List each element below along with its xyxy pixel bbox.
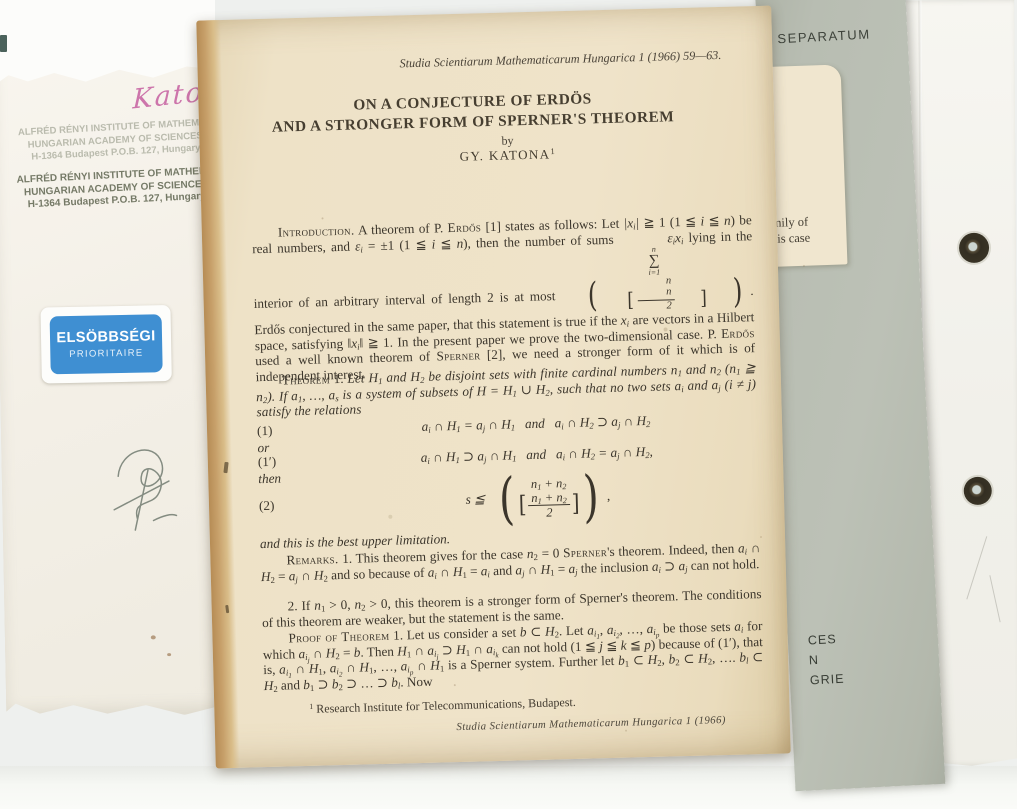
envelope-stain bbox=[151, 635, 156, 639]
equation-2-body: s ≦ ( n1 + n2 [ n1 + n2 2 ] bbox=[316, 465, 759, 533]
equation-2: (2) s ≦ ( n1 + n2 [ n1 + n2 2 bbox=[258, 466, 759, 533]
equation-1-prime-label: (1′) bbox=[258, 453, 316, 471]
grommet-hole-bottom bbox=[964, 477, 992, 505]
grommet-hole-top bbox=[959, 233, 989, 263]
fragment-line: GRIE bbox=[809, 669, 845, 691]
binomial-coefficient-inline: ( n [ n 2 ] ) bbox=[563, 274, 749, 314]
separatum-label: SEPARATUM bbox=[777, 27, 871, 47]
priority-label-hungarian: ELSÖBBSÉGI bbox=[56, 328, 155, 346]
equation-1-label: (1) bbox=[257, 422, 315, 440]
equation-2-label: (2) bbox=[259, 497, 317, 515]
author-footnote-mark: 1 bbox=[550, 146, 556, 156]
equation-1-prime-body: ai ∩ H1 ⊃ aj ∩ H1 and ai ∩ H2 = aj ∩ H2, bbox=[316, 441, 758, 469]
pen-scribble bbox=[83, 421, 200, 543]
envelope-crease bbox=[966, 536, 987, 599]
fragment-line: N bbox=[808, 649, 844, 671]
fragment-line: CES bbox=[807, 629, 843, 651]
proof-paragraph: Proof of Theorem 1. Let us consider a se… bbox=[262, 618, 763, 693]
introduction-paragraph: Introduction. A theorem of P. Erdős [1] … bbox=[252, 212, 756, 384]
envelope-crease bbox=[989, 575, 1000, 622]
envelope-stain bbox=[167, 653, 171, 656]
main-reprint-page: Studia Scientiarum Mathematicarum Hungar… bbox=[196, 6, 790, 769]
binomial-coefficient-display: ( n1 + n2 [ n1 + n2 2 ] bbox=[496, 469, 603, 528]
institute-stamp-dark: ALFRÉD RÉNYI INSTITUTE OF MATHEMA HUNGAR… bbox=[0, 165, 233, 213]
institute-stamp-faded: ALFRÉD RÉNYI INSTITUTE OF MATHEMAT HUNGA… bbox=[0, 116, 232, 166]
priority-label-french: PRIORITAIRE bbox=[69, 348, 143, 360]
edge-mark bbox=[0, 35, 7, 52]
cover-text-fragments: CES N GRIE bbox=[807, 629, 845, 691]
summation-symbol: n ∑ i=1 bbox=[622, 245, 660, 277]
priority-sticker-blue-panel: ELSÖBBSÉGI PRIORITAIRE bbox=[50, 314, 163, 374]
journal-footer: Studia Scientiarum Mathematicarum Hungar… bbox=[456, 714, 726, 733]
author-footnote: 1 Research Institute for Telecommunicati… bbox=[309, 691, 729, 717]
priority-sticker: ELSÖBBSÉGI PRIORITAIRE bbox=[40, 305, 171, 383]
page-content: Studia Scientiarum Mathematicarum Hungar… bbox=[196, 6, 790, 769]
journal-header: Studia Scientiarum Mathematicarum Hungar… bbox=[317, 46, 803, 74]
photo-stage: SEPARATUM CES N GRIE family of this case… bbox=[0, 0, 1017, 809]
